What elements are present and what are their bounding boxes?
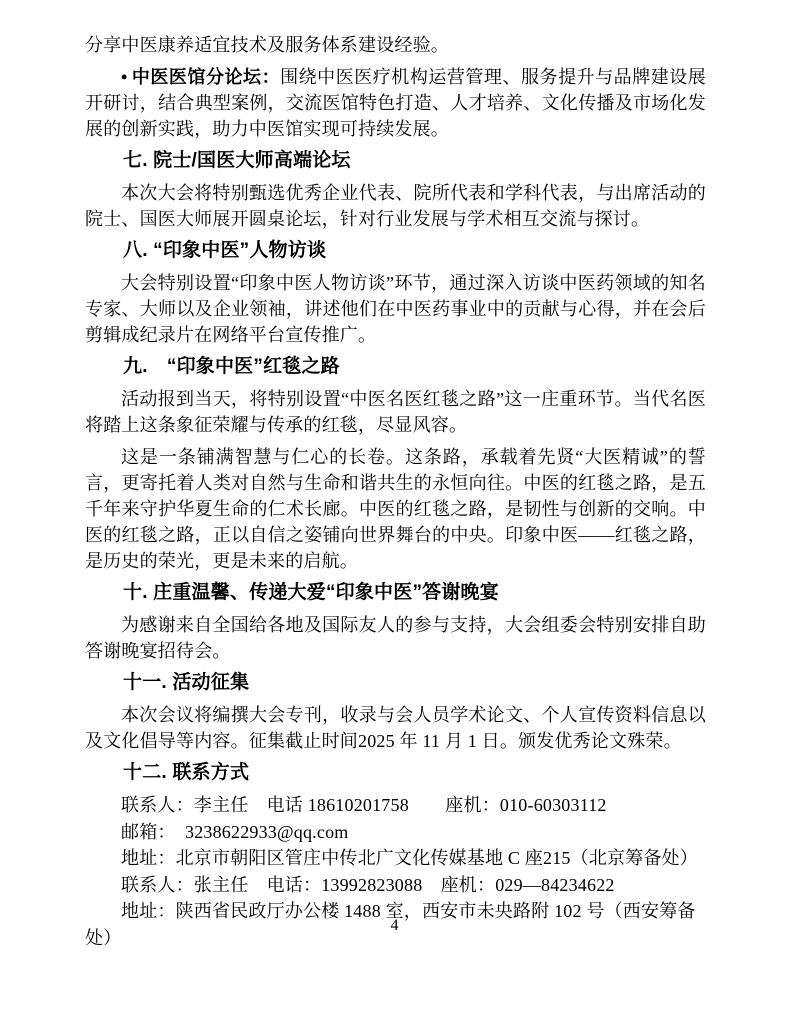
section-10-paragraph: 为感谢来自全国给各地及国际友人的参与支持，大会组委会特别安排自助答谢晚宴招待会。 [85, 612, 706, 664]
section-11-paragraph: 本次会议将编撰大会专刊，收录与会人员学术论文、个人宣传资料信息以及文化倡导等内容… [85, 702, 706, 754]
section-heading-8: 八. “印象中医”人物访谈 [85, 238, 706, 264]
section-9-paragraph-1: 活动报到当天，将特别设置“中医名医红毯之路”这一庄重环节。当代名医将踏上这条象征… [85, 386, 706, 438]
section-8-paragraph: 大会特别设置“印象中医人物访谈”环节，通过深入访谈中医药领域的知名专家、大师以及… [85, 270, 706, 348]
contact-line-email: 邮箱： 3238622933@qq.com [85, 819, 706, 846]
section-heading-10: 十. 庄重温馨、传递大爱“印象中医”答谢晚宴 [85, 580, 706, 606]
page-number: 4 [0, 916, 789, 936]
section-heading-11: 十一. 活动征集 [85, 670, 706, 696]
section-heading-7: 七. 院士/国医大师高端论坛 [85, 148, 706, 174]
section-heading-9: 九. “印象中医”红毯之路 [85, 354, 706, 380]
intro-paragraph: 分享中医康养适宜技术及服务体系建设经验。 [85, 32, 706, 58]
section-9-paragraph-2: 这是一条铺满智慧与仁心的长卷。这条路，承载着先贤“大医精诚”的誓言，更寄托着人类… [85, 444, 706, 574]
contact-line-person-1: 联系人：李主任 电话 18610201758 座机：010-60303112 [85, 792, 706, 819]
bullet-paragraph: •中医医馆分论坛：围绕中医医疗机构运营管理、服务提升与品牌建设展开研讨，结合典型… [85, 64, 706, 142]
bullet-dot-icon: • [121, 67, 128, 87]
document-content: 分享中医康养适宜技术及服务体系建设经验。 •中医医馆分论坛：围绕中医医疗机构运营… [85, 32, 706, 951]
section-heading-12: 十二. 联系方式 [85, 760, 706, 786]
contact-line-address-beijing: 地址：北京市朝阳区管庄中传北广文化传媒基地 C 座215（北京筹备处） [85, 845, 706, 872]
section-7-paragraph: 本次大会将特别甄选优秀企业代表、院所代表和学科代表，与出席活动的院士、国医大师展… [85, 180, 706, 232]
contact-line-person-2: 联系人：张主任 电话：13992823088 座机：029—84234622 [85, 872, 706, 899]
document-page: 分享中医康养适宜技术及服务体系建设经验。 •中医医馆分论坛：围绕中医医疗机构运营… [0, 0, 789, 1019]
bullet-paragraph-label: 中医医馆分论坛： [132, 67, 281, 87]
